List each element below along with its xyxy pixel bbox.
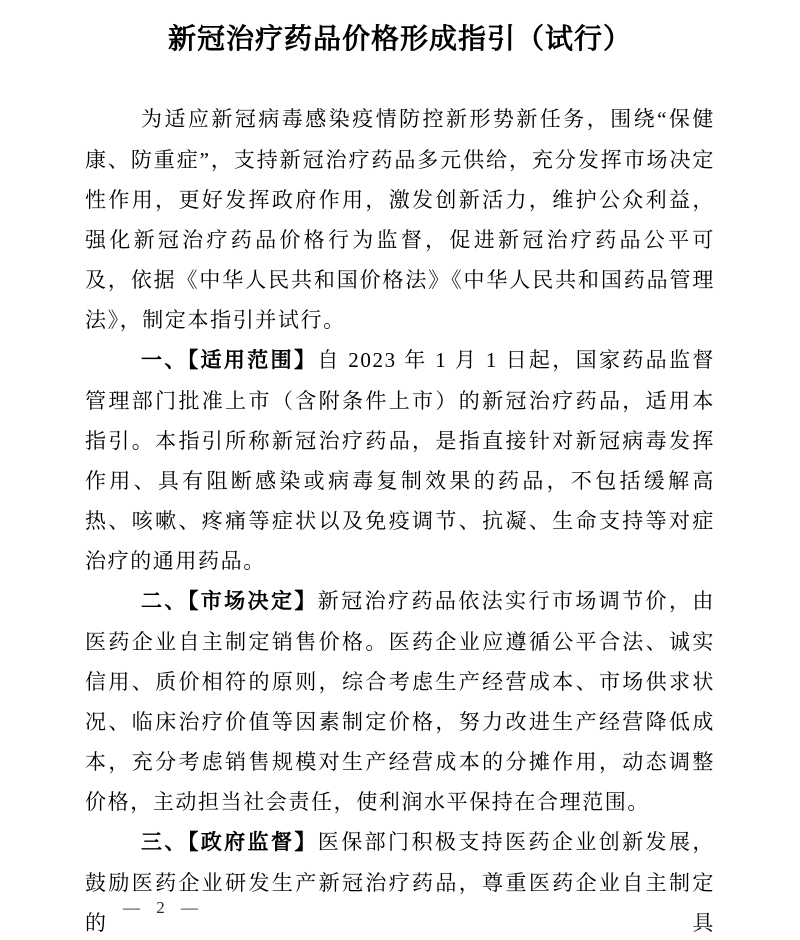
paragraph-text: 自 2023 年 1 月 1 日起，国家药品监督管理部门批准上市（含附条件上市）… (85, 348, 715, 573)
section-heading-government: 三、【政府监督】 (141, 831, 318, 854)
paragraph-text: 为适应新冠病毒感染疫情防控新形势新任务，围绕“保健康、防重症”，支持新冠治疗药品… (85, 107, 715, 332)
paragraph: 三、【政府监督】医保部门积极支持医药企业创新发展，鼓励医药企业研发生产新冠治疗药… (85, 822, 715, 940)
section-heading-market: 二、【市场决定】 (141, 590, 318, 613)
paragraph: 为适应新冠病毒感染疫情防控新形势新任务，围绕“保健康、防重症”，支持新冠治疗药品… (85, 99, 715, 340)
section-heading-scope: 一、【适用范围】 (141, 349, 317, 372)
paragraph-text: 新冠治疗药品依法实行市场调节价，由医药企业自主制定销售价格。医药企业应遵循公平合… (85, 589, 715, 814)
document-title: 新冠治疗药品价格形成指引（试行） (85, 0, 715, 64)
paragraph: 二、【市场决定】新冠治疗药品依法实行市场调节价，由医药企业自主制定销售价格。医药… (85, 581, 715, 822)
document-page: 新冠治疗药品价格形成指引（试行） 为适应新冠病毒感染疫情防控新形势新任务，围绕“… (85, 0, 715, 940)
page-number: — 2 — (123, 896, 200, 920)
document-body: 为适应新冠病毒感染疫情防控新形势新任务，围绕“保健康、防重症”，支持新冠治疗药品… (85, 99, 715, 940)
paragraph: 一、【适用范围】自 2023 年 1 月 1 日起，国家药品监督管理部门批准上市… (85, 340, 715, 581)
